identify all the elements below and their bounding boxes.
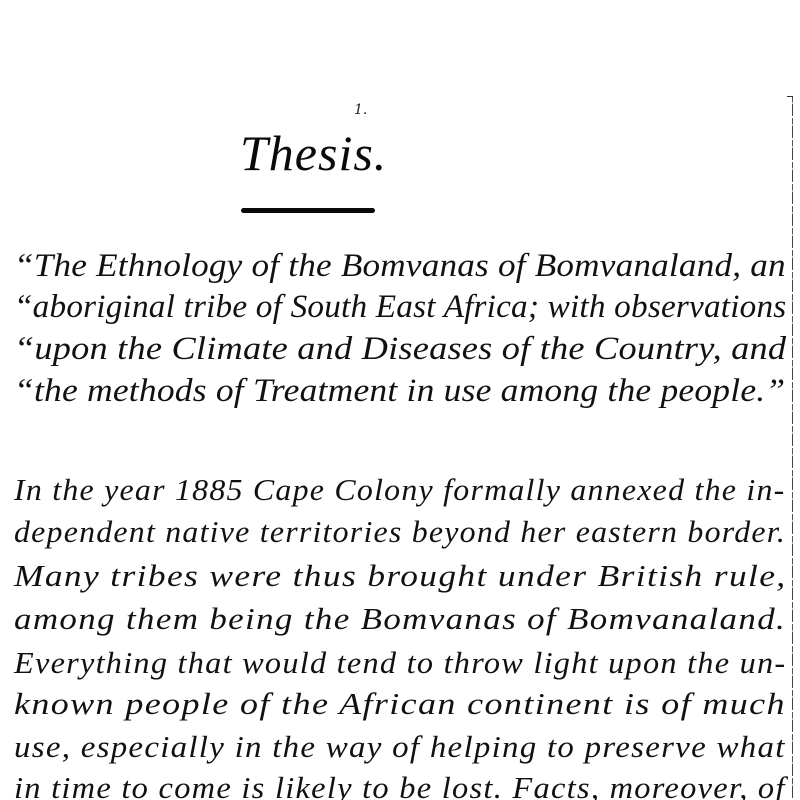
body-line: use, especially in the way of helping to… xyxy=(14,731,786,762)
document-page: 1. Thesis. “The Ethnology of the Bomvana… xyxy=(0,0,800,800)
body-line: dependent native territories beyond her … xyxy=(14,516,786,547)
page-title: Thesis. xyxy=(240,128,387,178)
body-line: among them being the Bomvanas of Bomvana… xyxy=(14,603,786,634)
thesis-line: “aboriginal tribe of South East Africa; … xyxy=(14,291,786,324)
margin-rule xyxy=(792,96,793,800)
body-line: Many tribes were thus brought under Brit… xyxy=(14,560,787,591)
body-line: In the year 1885 Cape Colony formally an… xyxy=(14,474,785,505)
thesis-line: “the methods of Treatment in use among t… xyxy=(14,375,785,408)
body-line: Everything that would tend to throw ligh… xyxy=(14,647,786,678)
thesis-line: “upon the Climate and Diseases of the Co… xyxy=(14,333,786,366)
title-underline xyxy=(241,208,375,213)
body-line: in time to come is likely to be lost. Fa… xyxy=(14,772,786,800)
thesis-line: “The Ethnology of the Bomvanas of Bomvan… xyxy=(14,250,786,283)
page-number: 1. xyxy=(354,102,367,118)
body-line: known people of the African continent is… xyxy=(14,688,786,719)
